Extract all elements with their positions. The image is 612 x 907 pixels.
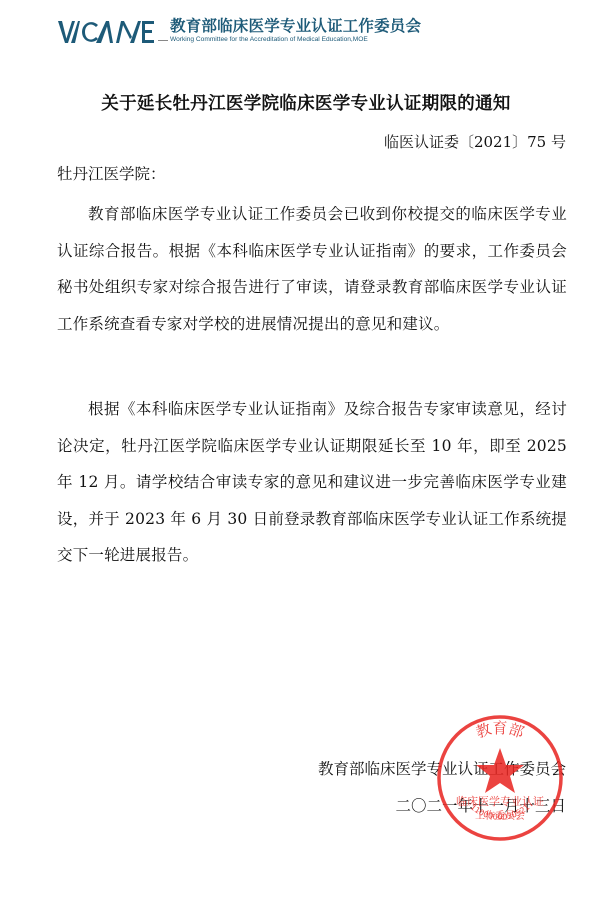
stamp-top-text: 教育部 bbox=[474, 719, 527, 742]
svg-text:教育部: 教育部 bbox=[474, 719, 527, 742]
paragraph-text: 根据《本科临床医学专业认证指南》及综合报告专家审读意见，经讨论决定，牡丹江医学院… bbox=[57, 391, 567, 574]
wcame-logo bbox=[58, 18, 156, 46]
document-number: 临医认证委〔2021〕75 号 bbox=[384, 131, 566, 152]
org-name-cn: 教育部临床医学专业认证工作委员会 bbox=[170, 18, 421, 35]
document-date: 二〇二一年十一月十三日 bbox=[395, 794, 566, 816]
signature: 教育部临床医学专业认证工作委员会 bbox=[318, 757, 566, 779]
body-paragraph-1: 教育部临床医学专业认证工作委员会已收到你校提交的临床医学专业认证综合报告。根据《… bbox=[57, 196, 567, 342]
wcame-logo-mark-icon bbox=[58, 19, 156, 45]
document-title: 关于延长牡丹江医学院临床医学专业认证期限的通知 bbox=[0, 90, 612, 115]
logo-text: 教育部临床医学专业认证工作委员会 Working Committee for t… bbox=[170, 18, 421, 44]
logo-divider bbox=[158, 40, 168, 41]
salutation: 牡丹江医学院： bbox=[57, 162, 166, 184]
org-name-en: Working Committee for the Accreditation … bbox=[170, 35, 421, 44]
paragraph-text: 教育部临床医学专业认证工作委员会已收到你校提交的临床医学专业认证综合报告。根据《… bbox=[57, 196, 567, 342]
body-paragraph-2: 根据《本科临床医学专业认证指南》及综合报告专家审读意见，经讨论决定，牡丹江医学院… bbox=[57, 391, 567, 574]
